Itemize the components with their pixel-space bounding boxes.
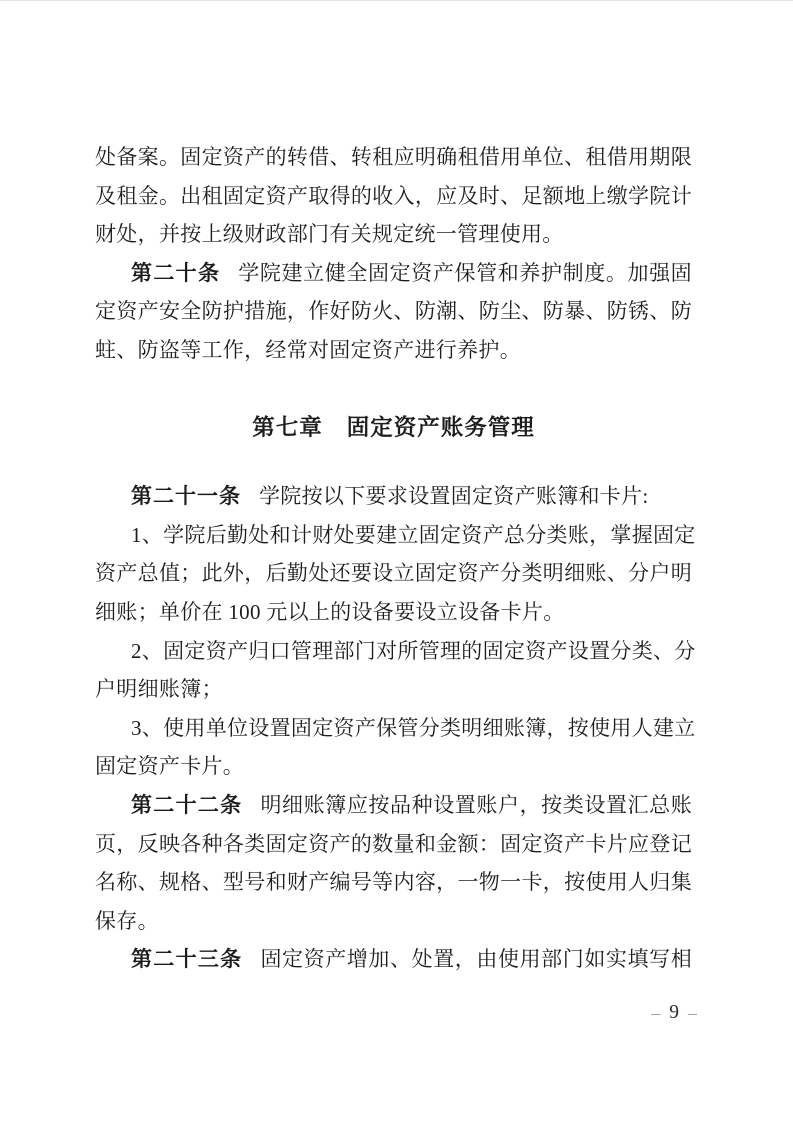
text-line: 及租金。出租固定资产取得的收入，应及时、足额地上缴学院计 bbox=[95, 177, 692, 216]
line-text: 学院建立健全固定资产保管和养护制度。加强固 bbox=[238, 261, 692, 285]
line-text: 学院按以下要求设置固定资产账簿和卡片: bbox=[259, 484, 649, 508]
line-text: 明细账簿应按品种设置账户，按类设置汇总账 bbox=[260, 793, 692, 817]
text-line: 户明细账簿； bbox=[95, 670, 692, 709]
text-line: 第二十一条学院按以下要求设置固定资产账簿和卡片: bbox=[95, 477, 692, 516]
article-number: 第二十三条 bbox=[131, 948, 242, 971]
text-line: 蛀、防盗等工作，经常对固定资产进行养护。 bbox=[95, 331, 692, 370]
page-number-dash-right: – bbox=[688, 1001, 697, 1025]
text-line: 固定资产卡片。 bbox=[95, 747, 692, 786]
chapter-number: 第七章 bbox=[252, 415, 323, 440]
page-number-dash-left: – bbox=[651, 1001, 660, 1025]
chapter-title: 固定资产账务管理 bbox=[347, 415, 535, 440]
text-line: 3、使用单位设置固定资产保管分类明细账簿，按使用人建立 bbox=[95, 709, 692, 748]
text-line: 资产总值；此外，后勤处还要设立固定资产分类明细账、分户明 bbox=[95, 554, 692, 593]
text-line: 第二十二条明细账簿应按品种设置账户，按类设置汇总账 bbox=[95, 786, 692, 825]
article-number: 第二十一条 bbox=[131, 485, 241, 508]
text-line: 1、学院后勤处和计财处要建立固定资产总分类账，掌握固定 bbox=[95, 516, 692, 555]
text-line: 细账；单价在 100 元以上的设备要设立设备卡片。 bbox=[95, 593, 692, 632]
scan-edge-artifact bbox=[0, 0, 793, 1]
text-line: 页，反映各种各类固定资产的数量和金额：固定资产卡片应登记 bbox=[95, 825, 692, 864]
document-body: 处备案。固定资产的转借、转租应明确租借用单位、租借用期限 及租金。出租固定资产取… bbox=[95, 138, 692, 979]
text-line: 2、固定资产归口管理部门对所管理的固定资产设置分类、分 bbox=[95, 632, 692, 671]
article-number: 第二十二条 bbox=[131, 794, 242, 817]
page-number: – 9 – bbox=[651, 1001, 697, 1025]
chapter-heading: 第七章固定资产账务管理 bbox=[95, 409, 692, 448]
article-number: 第二十条 bbox=[131, 262, 220, 285]
text-line: 财处，并按上级财政部门有关规定统一管理使用。 bbox=[95, 215, 692, 254]
text-line: 处备案。固定资产的转借、转租应明确租借用单位、租借用期限 bbox=[95, 138, 692, 177]
text-line: 保存。 bbox=[95, 902, 692, 941]
page-number-value: 9 bbox=[669, 1001, 679, 1025]
document-page: 处备案。固定资产的转借、转租应明确租借用单位、租借用期限 及租金。出租固定资产取… bbox=[0, 0, 793, 1122]
text-line: 第二十三条固定资产增加、处置，由使用部门如实填写相 bbox=[95, 940, 692, 979]
line-text: 固定资产增加、处置，由使用部门如实填写相 bbox=[260, 947, 692, 971]
text-line: 第二十条学院建立健全固定资产保管和养护制度。加强固 bbox=[95, 254, 692, 293]
text-line: 定资产安全防护措施，作好防火、防潮、防尘、防暴、防锈、防 bbox=[95, 292, 692, 331]
text-line: 名称、规格、型号和财产编号等内容，一物一卡，按使用人归集 bbox=[95, 863, 692, 902]
